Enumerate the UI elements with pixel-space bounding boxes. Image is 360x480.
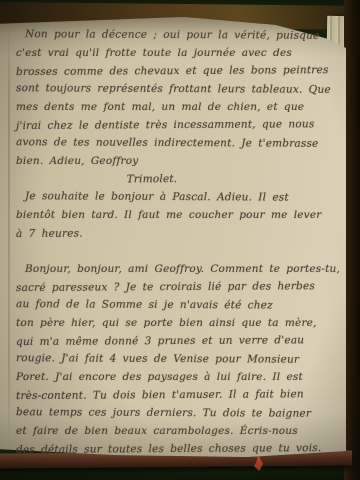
manuscript-line: très-content. Tu dois bien t'amuser. Il … xyxy=(16,385,342,405)
manuscript-line: Je souhaite le bonjour à Pascal. Adieu. … xyxy=(16,187,342,207)
manuscript-line: des détails sur toutes les belles choses… xyxy=(16,439,342,459)
manuscript-line: rougie. J'ai fait 4 vues de Venise pour … xyxy=(16,349,342,369)
book-cover-right xyxy=(344,0,360,480)
manuscript-photo: Non pour la décence ; oui pour la vérité… xyxy=(0,0,360,480)
manuscript-line: bientôt bien tard. Il faut me coucher po… xyxy=(16,206,342,224)
manuscript-line: ton père hier, qui se porte bien ainsi q… xyxy=(16,314,342,332)
manuscript-line: au fond de la Somme si je n'avais été ch… xyxy=(16,295,342,315)
manuscript-line: beau temps ces jours derniers. Tu dois t… xyxy=(16,403,342,423)
manuscript-line: à 7 heures. xyxy=(16,223,342,243)
manuscript-line: Bonjour, bonjour, ami Geoffroy. Comment … xyxy=(16,260,342,278)
manuscript-line: Non pour la décence ; oui pour la vérité… xyxy=(16,25,342,45)
paragraph-gap xyxy=(16,242,342,260)
manuscript-line: j'irai chez le dentiste très incessammen… xyxy=(16,115,342,135)
manuscript-line: c'est vrai qu'il frotte toute la journée… xyxy=(16,44,342,62)
handwritten-text: Non pour la décence ; oui pour la vérité… xyxy=(16,26,342,458)
manuscript-line: bien. Adieu, Geoffroy xyxy=(16,152,342,170)
manuscript-line: Poret. J'ai encore des paysages à lui fa… xyxy=(16,368,342,386)
manuscript-line: et faire de bien beaux carambolages. Écr… xyxy=(16,422,342,440)
manuscript-line: mes dents me font mal, un mal de chien, … xyxy=(16,98,342,116)
manuscript-line: qui m'a même donné 3 prunes et un verre … xyxy=(16,331,342,351)
manuscript-line: sont toujours représentés frottant leurs… xyxy=(16,79,342,99)
signature-trimolet: Trimolet. xyxy=(16,169,342,189)
manuscript-line: sacré paresseux ? Je te croirais lié par… xyxy=(16,277,342,297)
manuscript-line: avons de tes nouvelles indirectement. Je… xyxy=(16,133,342,153)
manuscript-line: brosses comme des chevaux et que les bon… xyxy=(16,61,342,81)
